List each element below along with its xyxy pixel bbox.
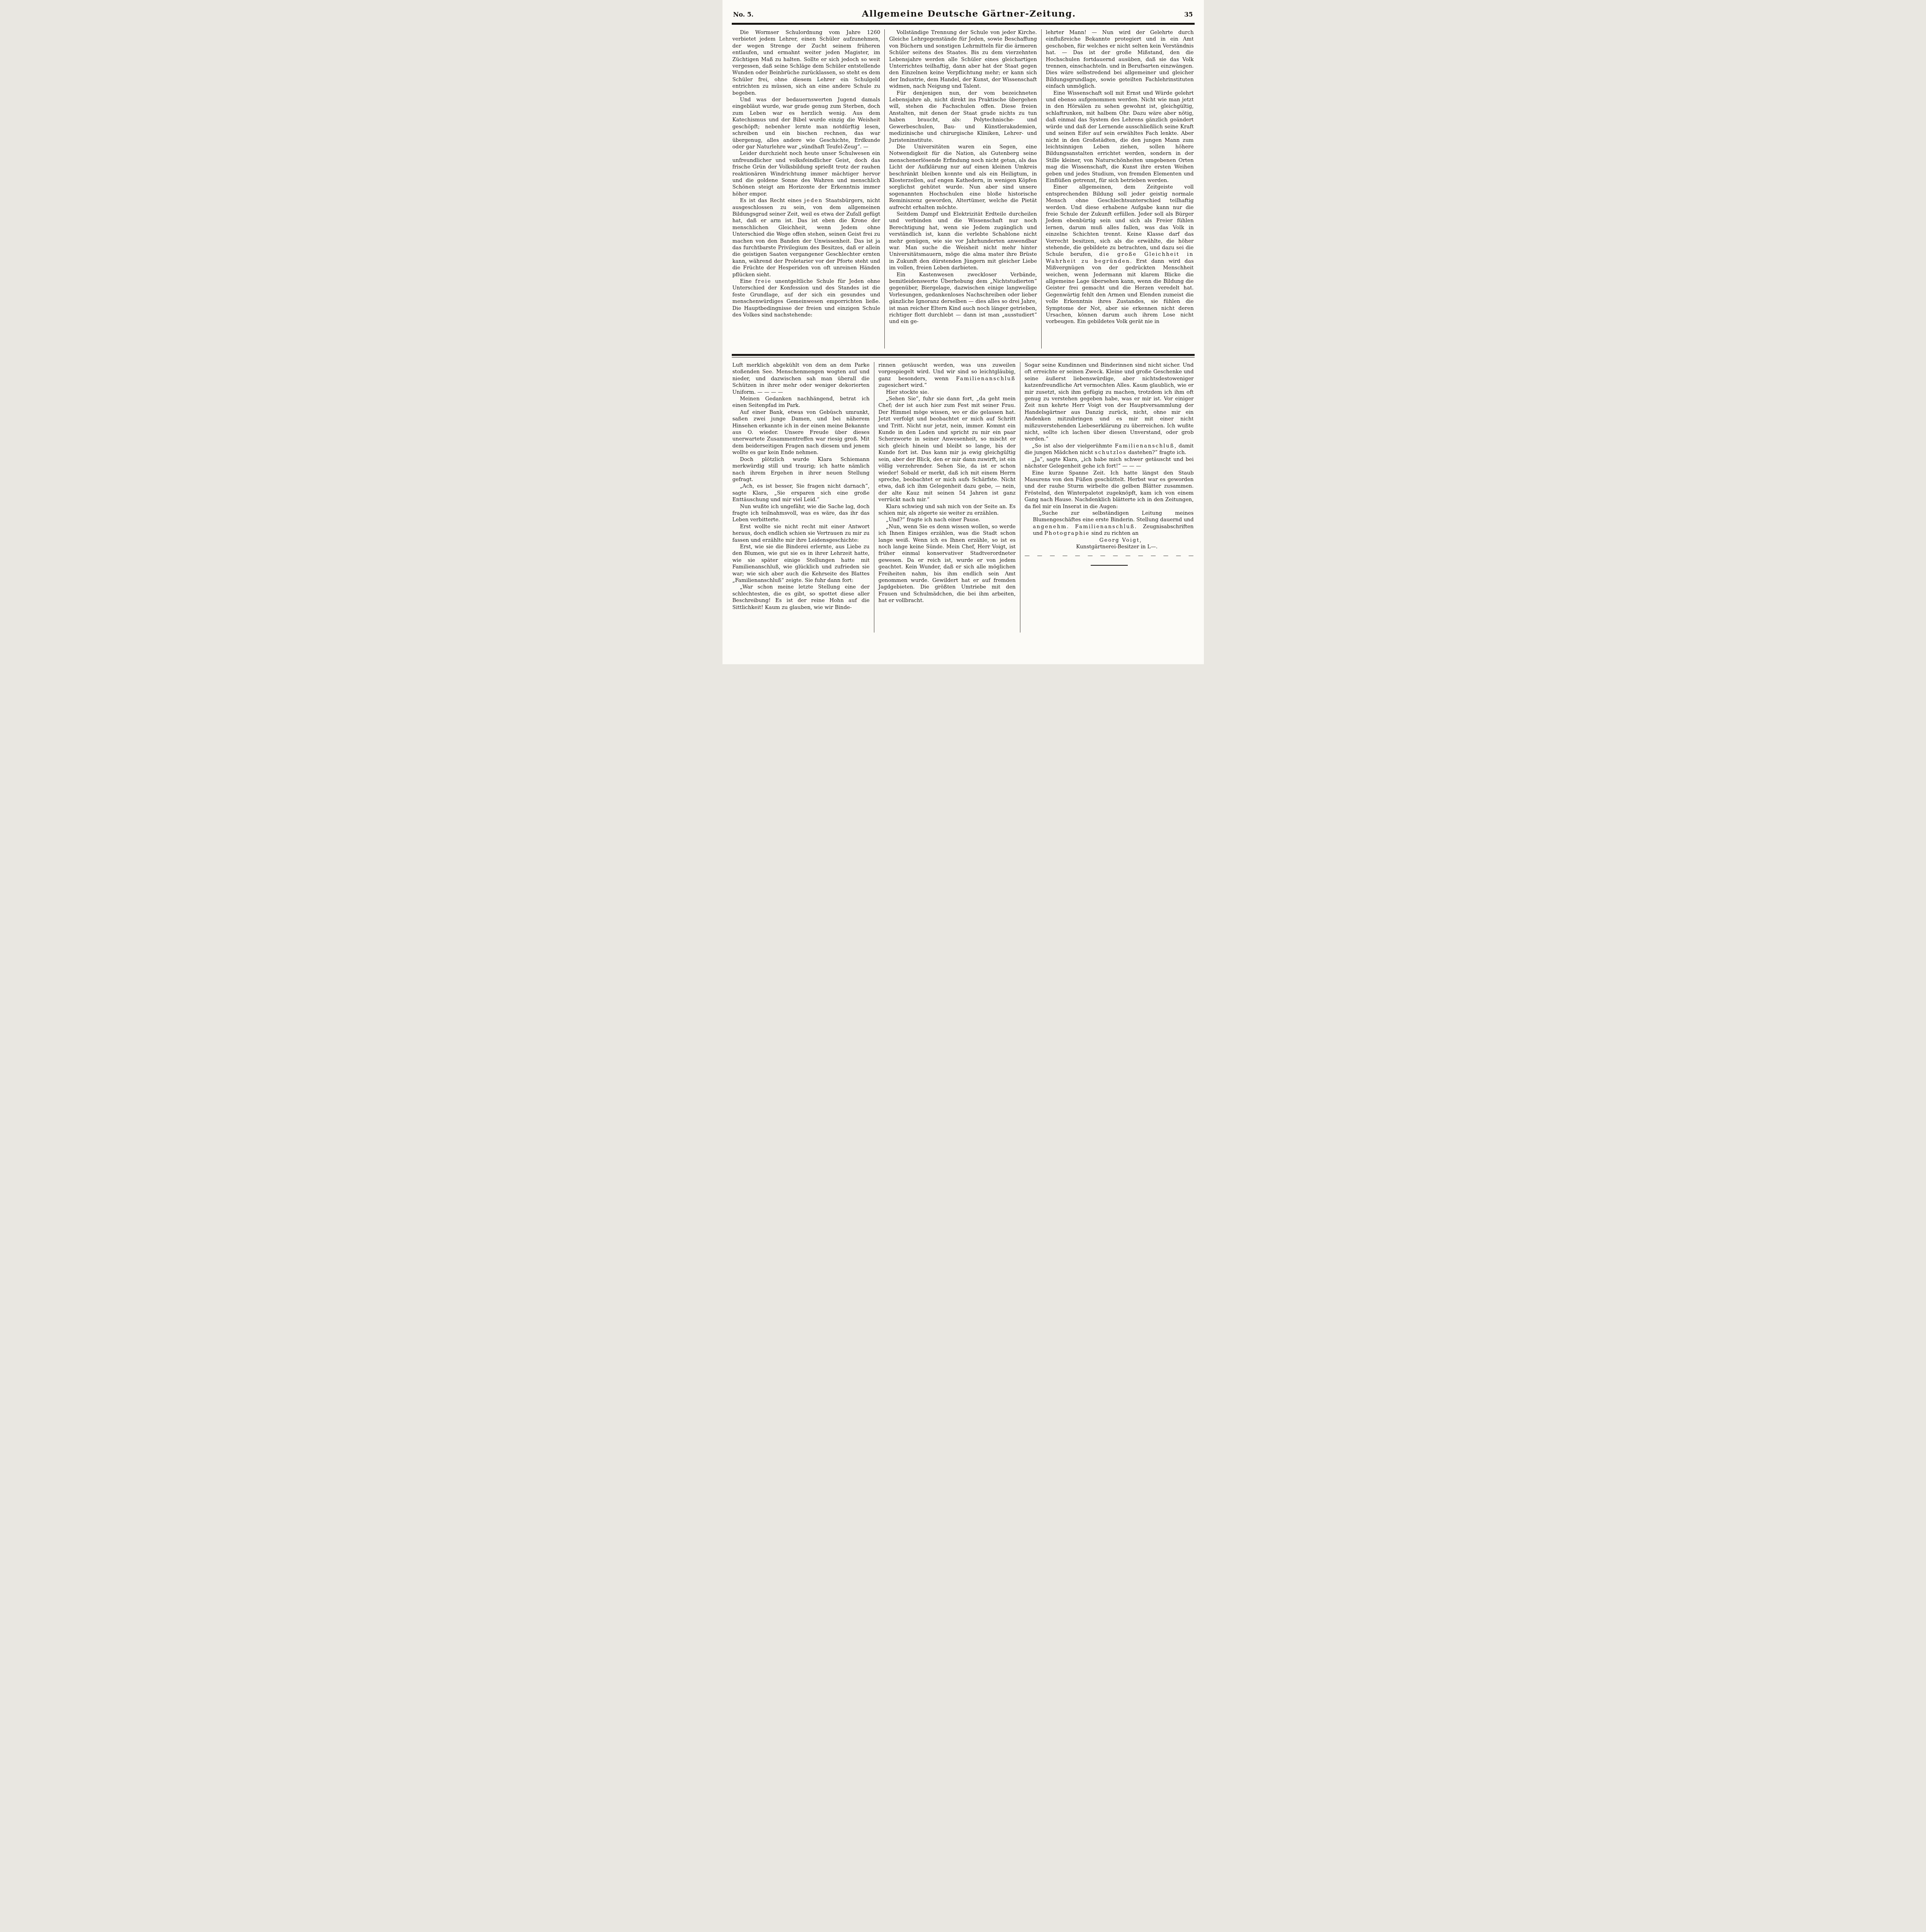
article-section-top: Die Wormser Schulordnung vom Jahre 1260 …: [732, 29, 1195, 349]
newspaper-scan: { "header": { "issue_no": "No. 5.", "tit…: [0, 0, 1926, 664]
issue-number: No. 5.: [733, 11, 754, 18]
letterspaced-emphasis: Photographie: [1044, 531, 1090, 536]
paragraph: Leider durchzieht noch heute unser Schul…: [733, 150, 881, 197]
paragraph: „Nun, wenn Sie es denn wissen wollen, so…: [879, 524, 1016, 604]
divider-bar-thin: [732, 357, 1195, 357]
paragraph: Eine freie unentgeltliche Schule für Jed…: [733, 278, 881, 318]
paragraph: Die Universitäten waren ein Segen, eine …: [889, 144, 1037, 211]
paragraph: Vollständige Trennung der Schule von jed…: [889, 29, 1037, 90]
paragraph: Einer allgemeinen, dem Zeitgeiste voll e…: [1046, 184, 1194, 325]
letterspaced-emphasis: schutzlos: [1095, 450, 1127, 456]
paragraph: „War schon meine letzte Stellung eine de…: [733, 584, 870, 611]
column-top-1: Die Wormser Schulordnung vom Jahre 1260 …: [732, 29, 885, 349]
paragraph: „Und?“ fragte ich nach einer Pause.: [879, 517, 1016, 523]
paragraph: Erst, wie sie die Binderei erlernte, aus…: [733, 544, 870, 584]
section-divider-rule: [732, 354, 1195, 357]
letterspaced-emphasis: angenehm: [1033, 524, 1067, 530]
letterspaced-emphasis: Familienanschluß: [1075, 524, 1135, 530]
paragraph: Eine kurze Spanne Zeit. Ich hatte längst…: [1025, 470, 1194, 510]
article-section-bottom: Luft merklich abgekühlt von dem an dem P…: [732, 362, 1195, 633]
paragraph: Kunstgärtnerei-Besitzer in L—.: [1040, 544, 1194, 550]
story-end-rule: [1091, 565, 1128, 566]
masthead: No. 5. Allgemeine Deutsche Gärtner-Zeitu…: [732, 9, 1195, 19]
paragraph: „So ist also der vielgerühmte Familienan…: [1025, 443, 1194, 456]
letterspaced-emphasis: die große Gleichheit in Wahrheit zu begr…: [1046, 252, 1194, 264]
paragraph: „Sehen Sie“, fuhr sie dann fort, „da geh…: [879, 396, 1016, 503]
newspaper-page: No. 5. Allgemeine Deutsche Gärtner-Zeitu…: [722, 0, 1204, 664]
paragraph: Es ist das Recht eines jeden Staatsbürge…: [733, 197, 881, 278]
paragraph: Ein Kastenwesen zweckloser Verbände, bem…: [889, 272, 1037, 325]
paragraph: Hier stockte sie.: [879, 389, 1016, 396]
column-bottom-1: Luft merklich abgekühlt von dem an dem P…: [732, 362, 874, 633]
page-number: 35: [1184, 11, 1193, 18]
masthead-rule: [732, 23, 1195, 25]
paragraph: Luft merklich abgekühlt von dem an dem P…: [733, 362, 870, 396]
paragraph: — — — — — — — — — — — — — —: [1025, 553, 1194, 559]
letterspaced-emphasis: Familienanschluß: [956, 376, 1015, 382]
paragraph: Georg Voigt,: [1048, 537, 1194, 544]
paragraph: „Ja“, sagte Klara, „ich habe mich schwer…: [1025, 456, 1194, 470]
paragraph: Erst wollte sie nicht recht mit einer An…: [733, 524, 870, 544]
paragraph: Doch plötzlich wurde Klara Schiemann mer…: [733, 456, 870, 483]
paragraph: Eine Wissenschaft soll mit Ernst und Wür…: [1046, 90, 1194, 184]
paragraph: Die Wormser Schulordnung vom Jahre 1260 …: [733, 29, 881, 97]
paragraph: Auf einer Bank, etwas von Gebüsch umrank…: [733, 409, 870, 456]
letterspaced-emphasis: jeden: [804, 198, 823, 204]
paragraph: rinnen getäuscht werden, was uns zuweile…: [879, 362, 1016, 389]
letterspaced-emphasis: freie: [755, 279, 772, 284]
paragraph: Klara schwieg und sah mich von der Seite…: [879, 503, 1016, 517]
column-bottom-3: Sogar seine Kundinnen und Binderinnen si…: [1020, 362, 1195, 633]
column-top-3: lehrter Mann! — Nun wird der Gelehrte du…: [1041, 29, 1195, 349]
divider-bar-thick: [732, 354, 1195, 356]
paragraph: Sogar seine Kundinnen und Binderinnen si…: [1025, 362, 1194, 443]
paragraph: „Suche zur selbständigen Leitung meines …: [1033, 510, 1193, 537]
letterspaced-emphasis: Georg Voigt,: [1099, 537, 1142, 543]
paragraph: Und was der bedauernswerten Jugend damal…: [733, 97, 881, 150]
column-bottom-3-text: Sogar seine Kundinnen und Binderinnen si…: [1025, 362, 1194, 560]
column-top-2: Vollständige Trennung der Schule von jed…: [884, 29, 1041, 349]
paragraph: „Ach, es ist besser, Sie fragen nicht da…: [733, 483, 870, 503]
paragraph: lehrter Mann! — Nun wird der Gelehrte du…: [1046, 29, 1194, 90]
paragraph: Nun wußte ich ungefähr, wie die Sache la…: [733, 503, 870, 524]
newspaper-title: Allgemeine Deutsche Gärtner-Zeitung.: [753, 9, 1184, 19]
paragraph: Für denjenigen nun, der vom bezeichneten…: [889, 90, 1037, 144]
column-bottom-2: rinnen getäuscht werden, was uns zuweile…: [874, 362, 1020, 633]
paragraph: Meinen Gedanken nachhängend, betrat ich …: [733, 396, 870, 409]
paragraph: Seitdem Dampf und Elektrizität Erdteile …: [889, 211, 1037, 272]
letterspaced-emphasis: Familienanschluß: [1115, 443, 1174, 449]
